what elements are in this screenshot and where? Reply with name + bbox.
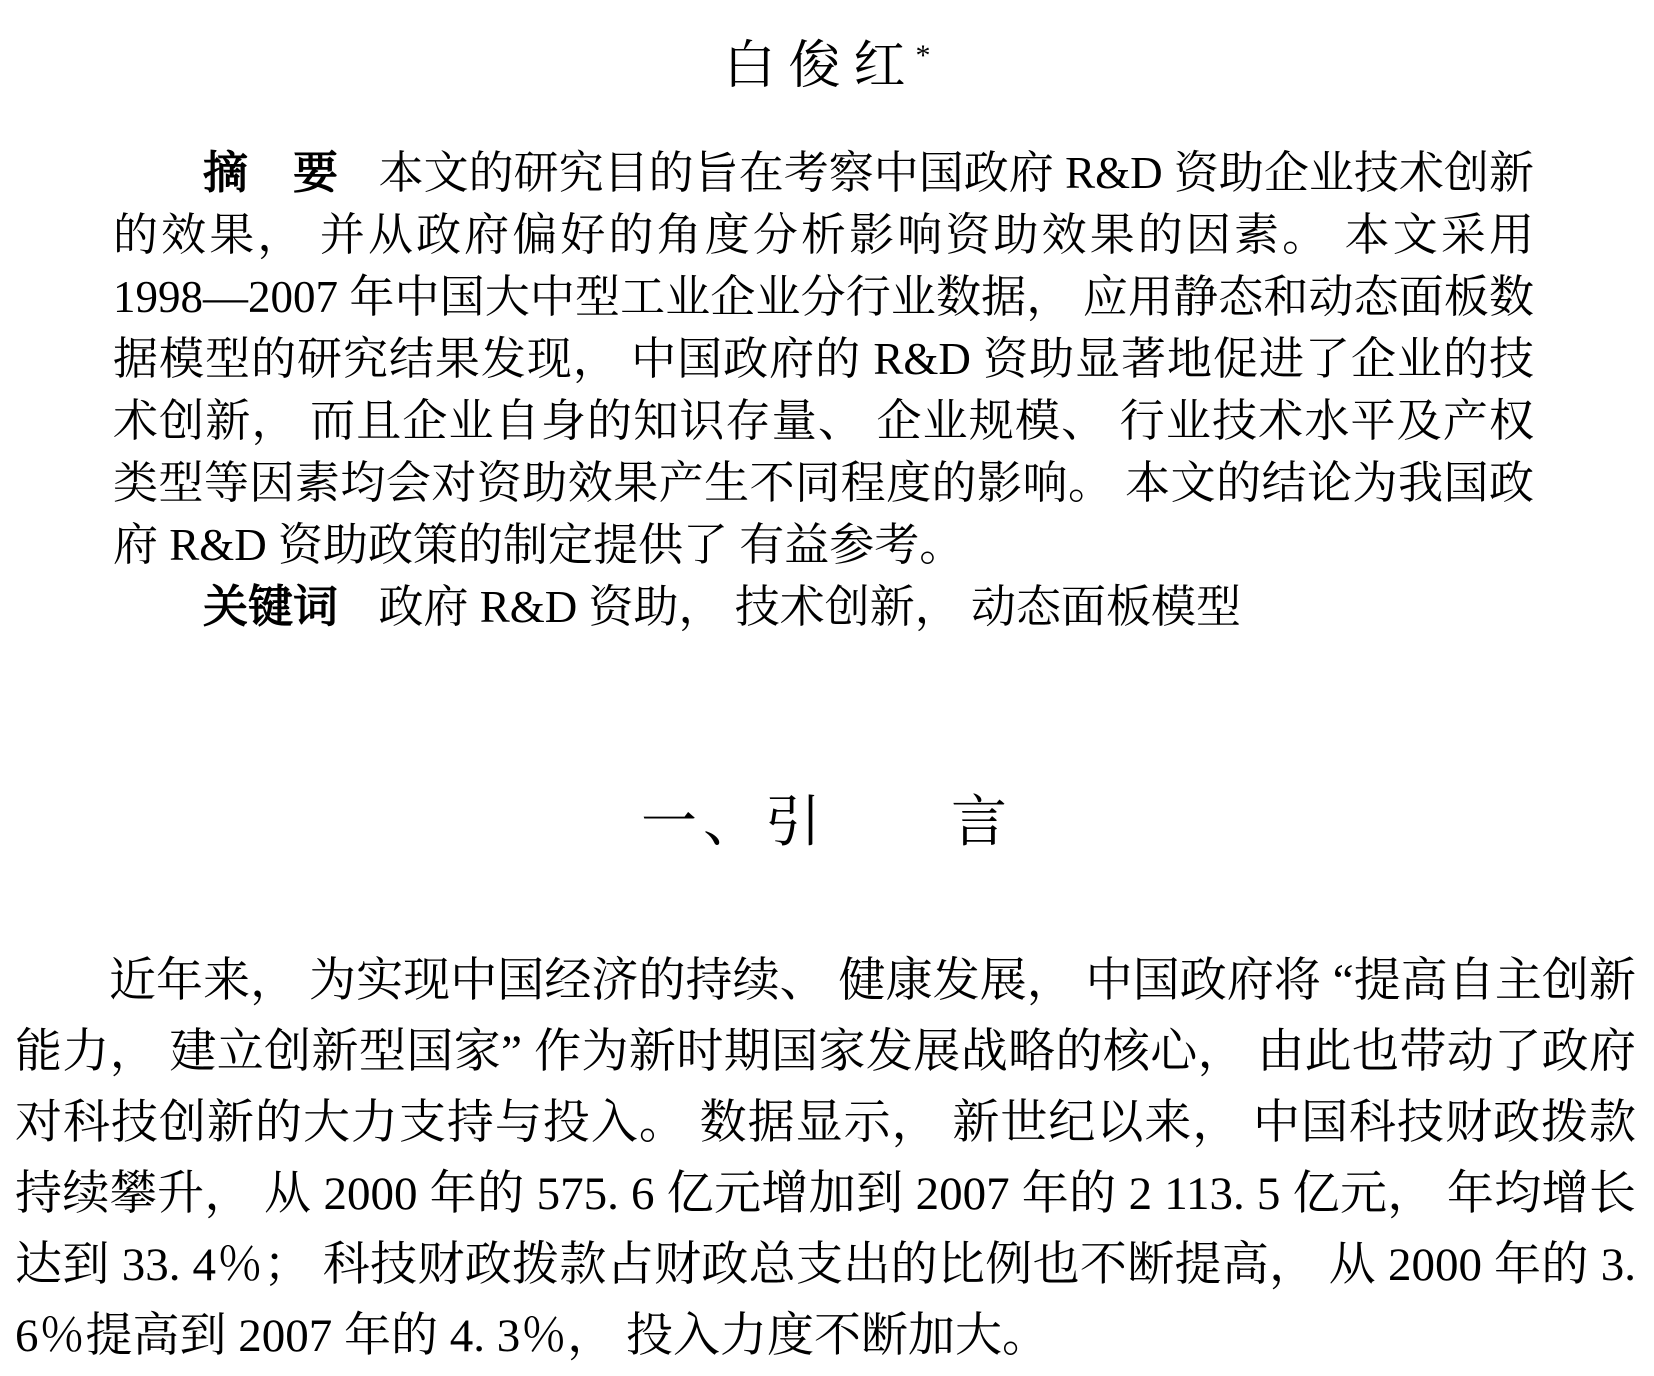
abstract-paragraph: 摘 要本文的研究目的旨在考察中国政府 R&D 资助企业技术创新的效果， 并从政府…: [113, 142, 1534, 576]
intro-paragraph: 近年来， 为实现中国经济的持续、 健康发展， 中国政府将 “提高自主创新能力， …: [15, 946, 1636, 1372]
abstract-text: 本文的研究目的旨在考察中国政府 R&D 资助企业技术创新的效果， 并从政府偏好的…: [113, 148, 1534, 570]
keywords-label: 关键词: [203, 582, 338, 632]
author-name: 白 俊 红: [723, 38, 905, 95]
keywords-text: 政府 R&D 资助， 技术创新， 动态面板模型: [379, 582, 1242, 632]
author-footnote-mark-icon: *: [916, 39, 931, 72]
abstract-label: 摘 要: [203, 148, 338, 198]
author-line: 白 俊 红*: [0, 0, 1654, 98]
paper-page: 白 俊 红* 摘 要本文的研究目的旨在考察中国政府 R&D 资助企业技术创新的效…: [0, 0, 1654, 1376]
section-heading: 一、引 言: [0, 790, 1654, 857]
keywords-paragraph: 关键词政府 R&D 资助， 技术创新， 动态面板模型: [113, 576, 1534, 638]
